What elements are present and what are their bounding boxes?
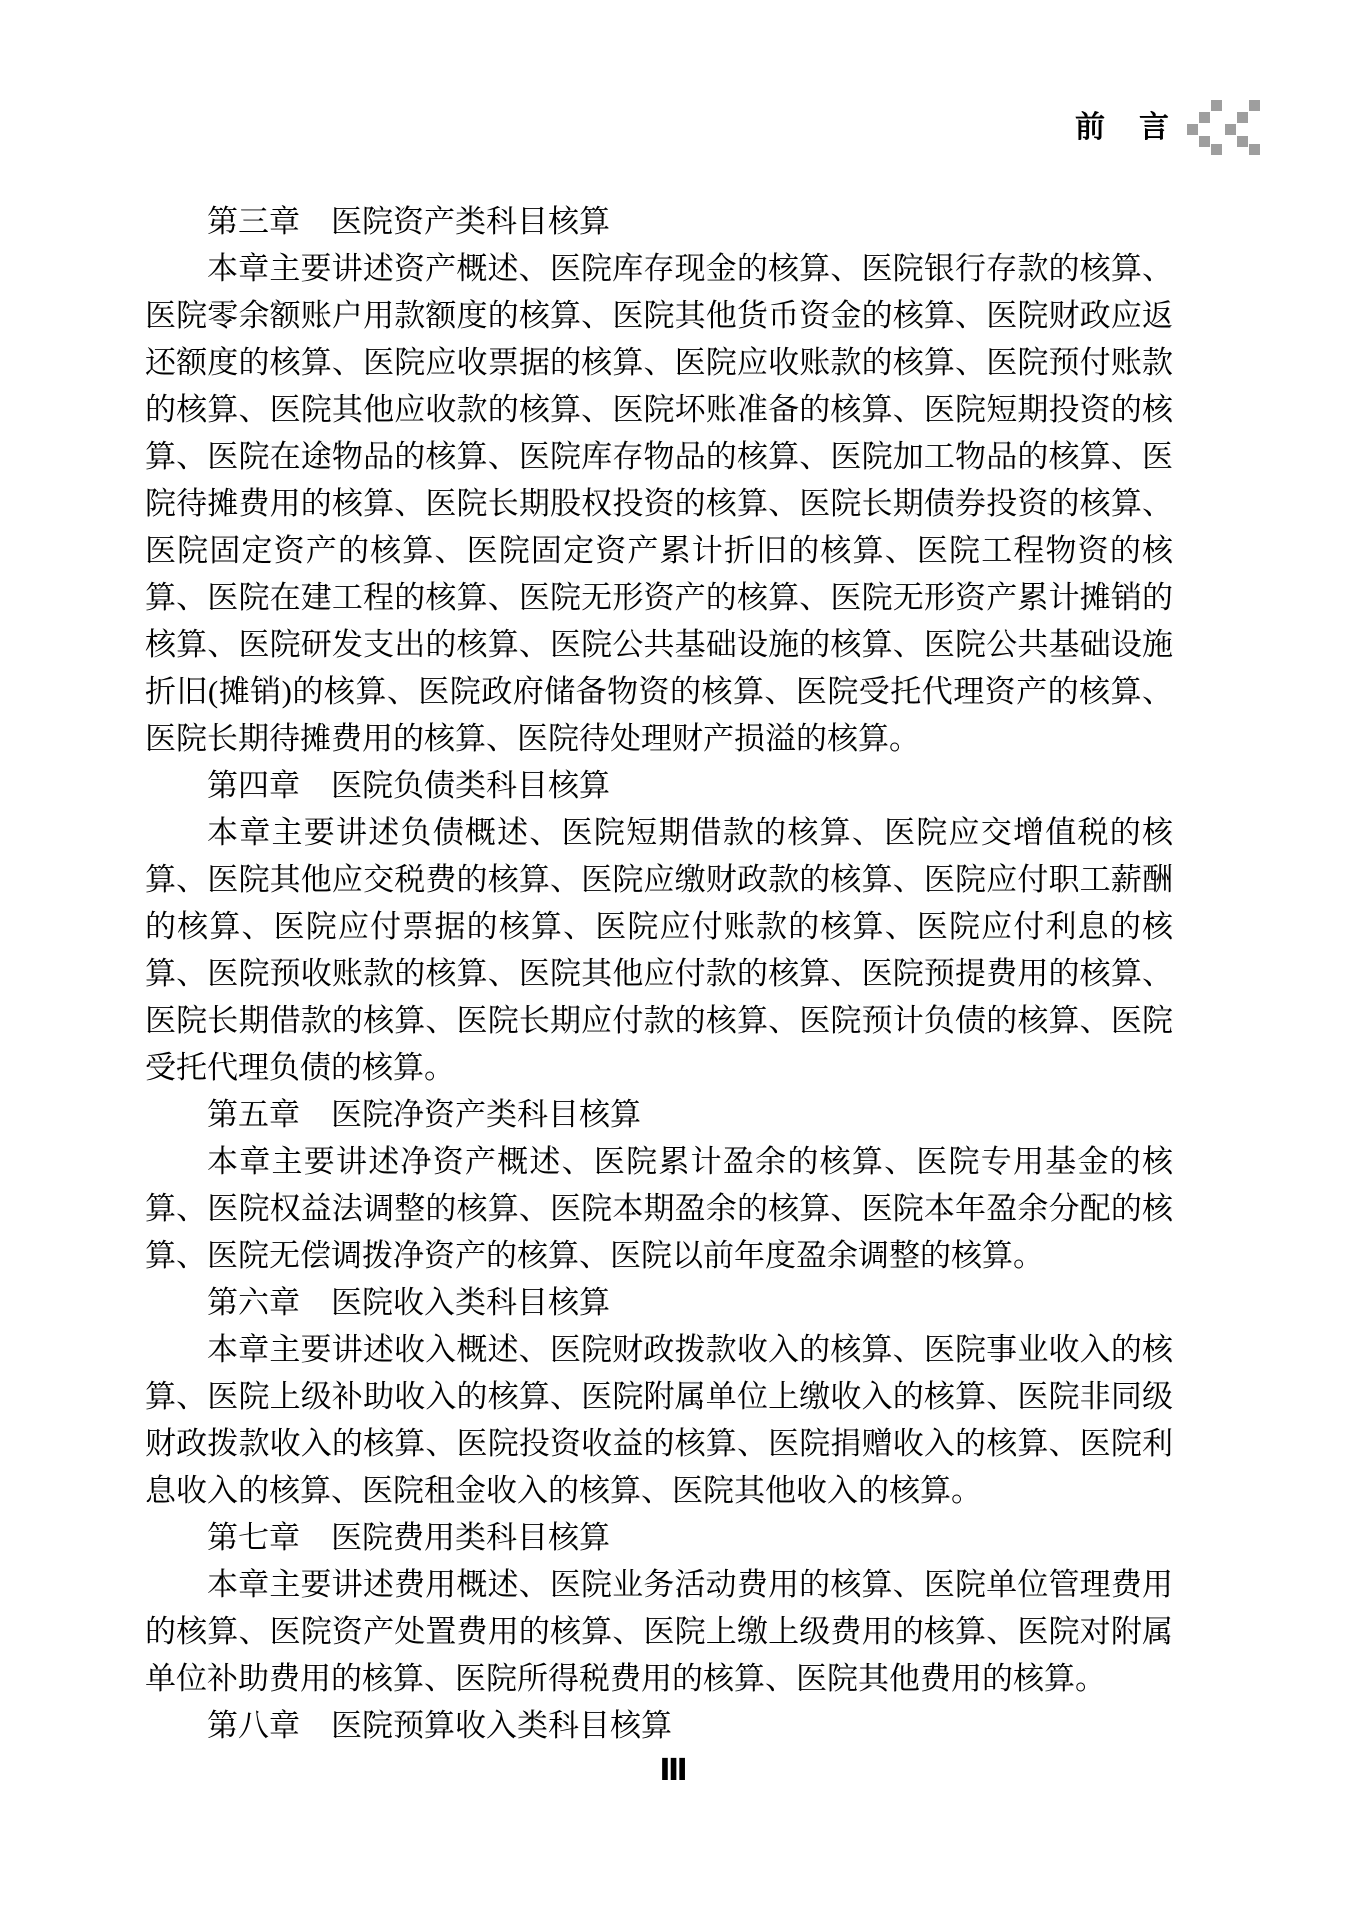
chapter-4-heading: 第四章 医院负债类科目核算: [145, 762, 1173, 809]
chapter-4-summary: 本章主要讲述负债概述、医院短期借款的核算、医院应交增值税的核算、医院其他应交税费…: [145, 809, 1173, 1091]
preface-content: 第三章 医院资产类科目核算 本章主要讲述资产概述、医院库存现金的核算、医院银行存…: [145, 198, 1173, 1749]
chapter-8-heading: 第八章 医院预算收入类科目核算: [145, 1702, 1173, 1749]
page-footer: Ⅲ: [0, 1756, 1347, 1786]
page-number: Ⅲ: [659, 1754, 687, 1787]
chapter-6-summary: 本章主要讲述收入概述、医院财政拨款收入的核算、医院事业收入的核算、医院上级补助收…: [145, 1326, 1173, 1514]
page-header: 前 言: [1075, 94, 1265, 161]
book-page: 前 言 第三章 医院资产类科目核算 本章主要讲述资产概述、医院库: [0, 0, 1347, 1906]
chapter-7-heading: 第七章 医院费用类科目核算: [145, 1514, 1173, 1561]
chapter-5-heading: 第五章 医院净资产类科目核算: [145, 1091, 1173, 1138]
chapter-3-summary: 本章主要讲述资产概述、医院库存现金的核算、医院银行存款的核算、医院零余额账户用款…: [145, 245, 1173, 762]
chapter-5-summary: 本章主要讲述净资产概述、医院累计盈余的核算、医院专用基金的核算、医院权益法调整的…: [145, 1138, 1173, 1279]
double-chevron-left-icon: [1187, 98, 1265, 161]
header-title: 前 言: [1075, 113, 1171, 143]
chapter-6-heading: 第六章 医院收入类科目核算: [145, 1279, 1173, 1326]
chapter-3-heading: 第三章 医院资产类科目核算: [145, 198, 1173, 245]
chapter-7-summary: 本章主要讲述费用概述、医院业务活动费用的核算、医院单位管理费用的核算、医院资产处…: [145, 1561, 1173, 1702]
